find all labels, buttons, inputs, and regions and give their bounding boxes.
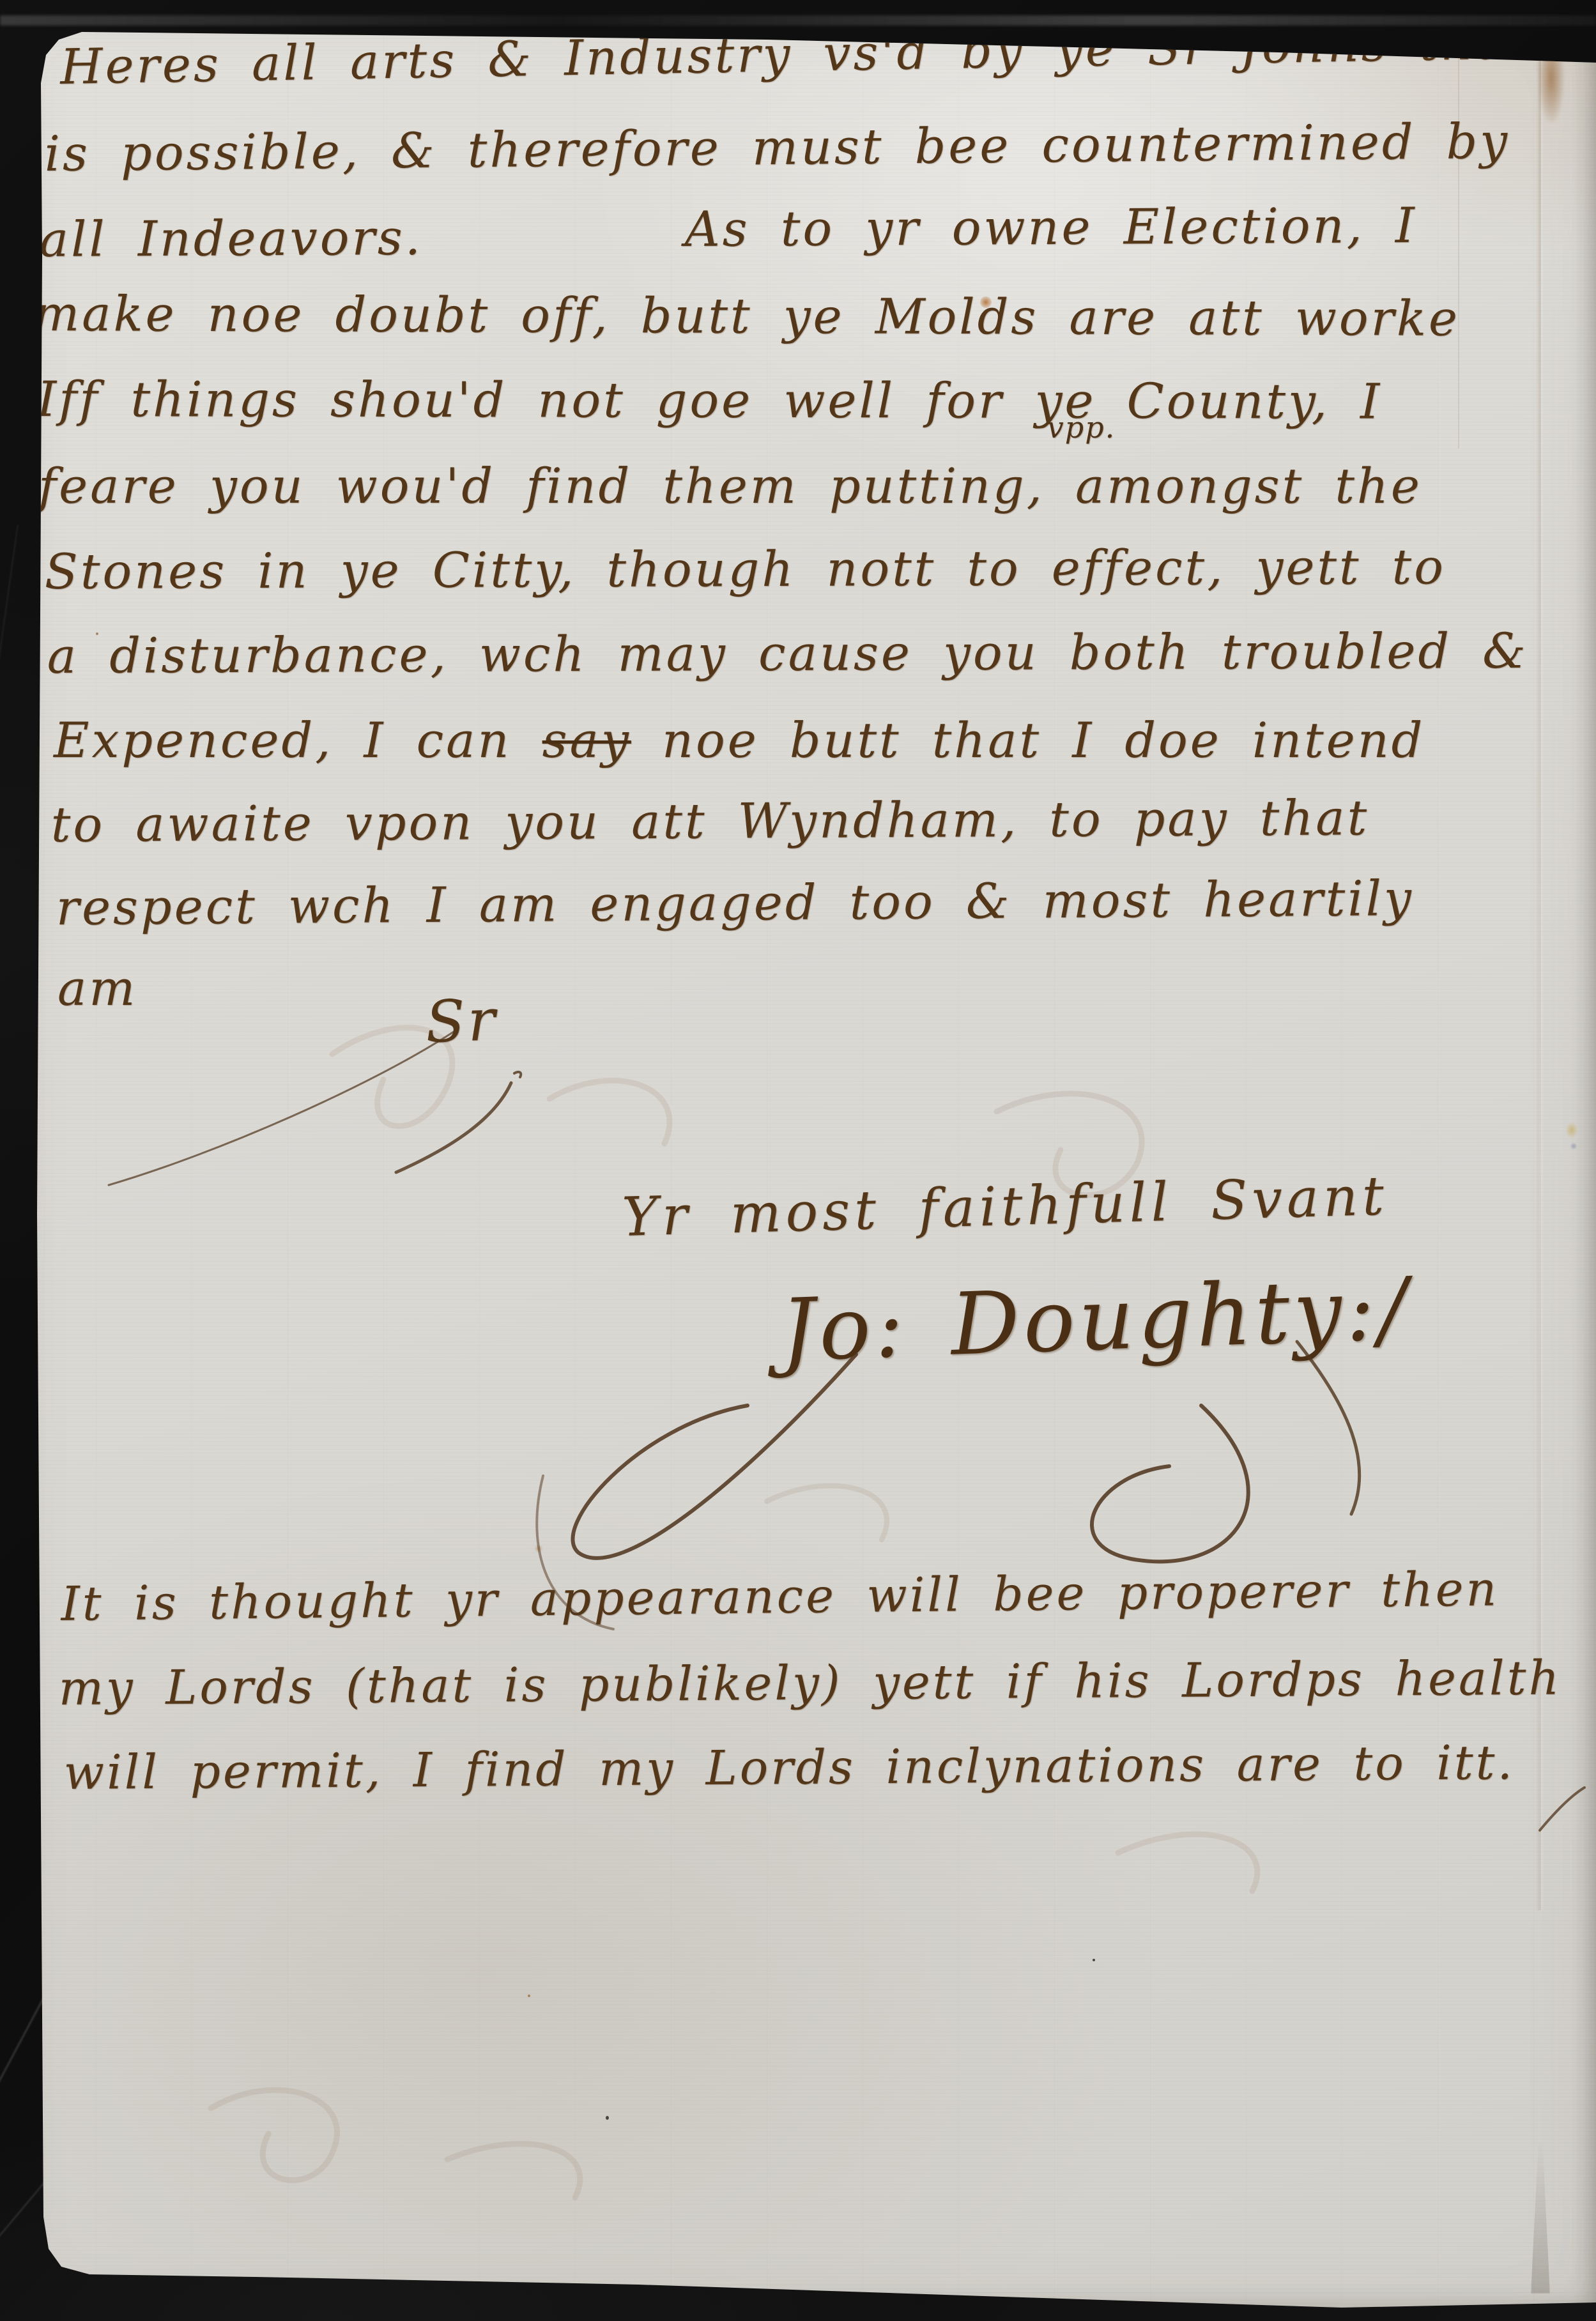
struck-word: say <box>542 712 631 769</box>
letter-line-6: feare you wou'd find them putting,vpp. a… <box>38 457 1422 514</box>
fold-crease <box>1458 40 1459 448</box>
speck <box>606 2116 609 2120</box>
interlinear-insertion-anchor: vpp. <box>1045 457 1075 514</box>
interlinear-insertion: vpp. <box>1047 410 1116 445</box>
letter-line-6-pre: feare you wou'd find them putting, <box>38 457 1045 514</box>
letter-line-3a: all Indeavors. <box>40 209 424 268</box>
letter-line-4: make noe doubt off, butt ye Molds are at… <box>33 285 1460 347</box>
wax-spot <box>1570 1142 1577 1150</box>
letter-line-3b: As to yr owne Election, I <box>685 197 1417 257</box>
postscript-end-mark <box>1533 1782 1591 1840</box>
letter-line-10: to awaite vpon you att Wyndham, to pay t… <box>51 789 1370 853</box>
postscript-line-2: my Lords (that is publikely) yett if his… <box>58 1651 1561 1716</box>
letter-line-12: am <box>58 960 137 1016</box>
postscript-line-3: will permit, I find my Lords inclynation… <box>63 1735 1515 1800</box>
letter-line-6-post: amongst the <box>1075 457 1422 514</box>
letter-line-8: a disturbance, wch may cause you both tr… <box>47 622 1528 684</box>
letter-line-5: Iff things shou'd not goe well for ye Co… <box>37 371 1382 430</box>
letter-line-9: Expenced, I can say noe butt that I doe … <box>54 712 1425 769</box>
wax-spot <box>1565 1122 1578 1138</box>
ink-stain <box>1538 59 1564 123</box>
letter-line-11: respect wch I am engaged too & most hear… <box>56 869 1414 936</box>
letter-line-7: Stones in ye Citty, though nott to effec… <box>45 538 1446 600</box>
letter-page: Heres all arts & Industry vs'd by ye Sr … <box>0 0 1596 2321</box>
letter-line-9-post: noe butt that I doe intend <box>662 712 1425 769</box>
speck <box>528 1995 530 1997</box>
speck <box>1093 1959 1095 1961</box>
board-scuff <box>0 15 1596 26</box>
salutation-flourish <box>96 1009 581 1201</box>
letter-line-9-pre: Expenced, I can <box>54 712 511 769</box>
